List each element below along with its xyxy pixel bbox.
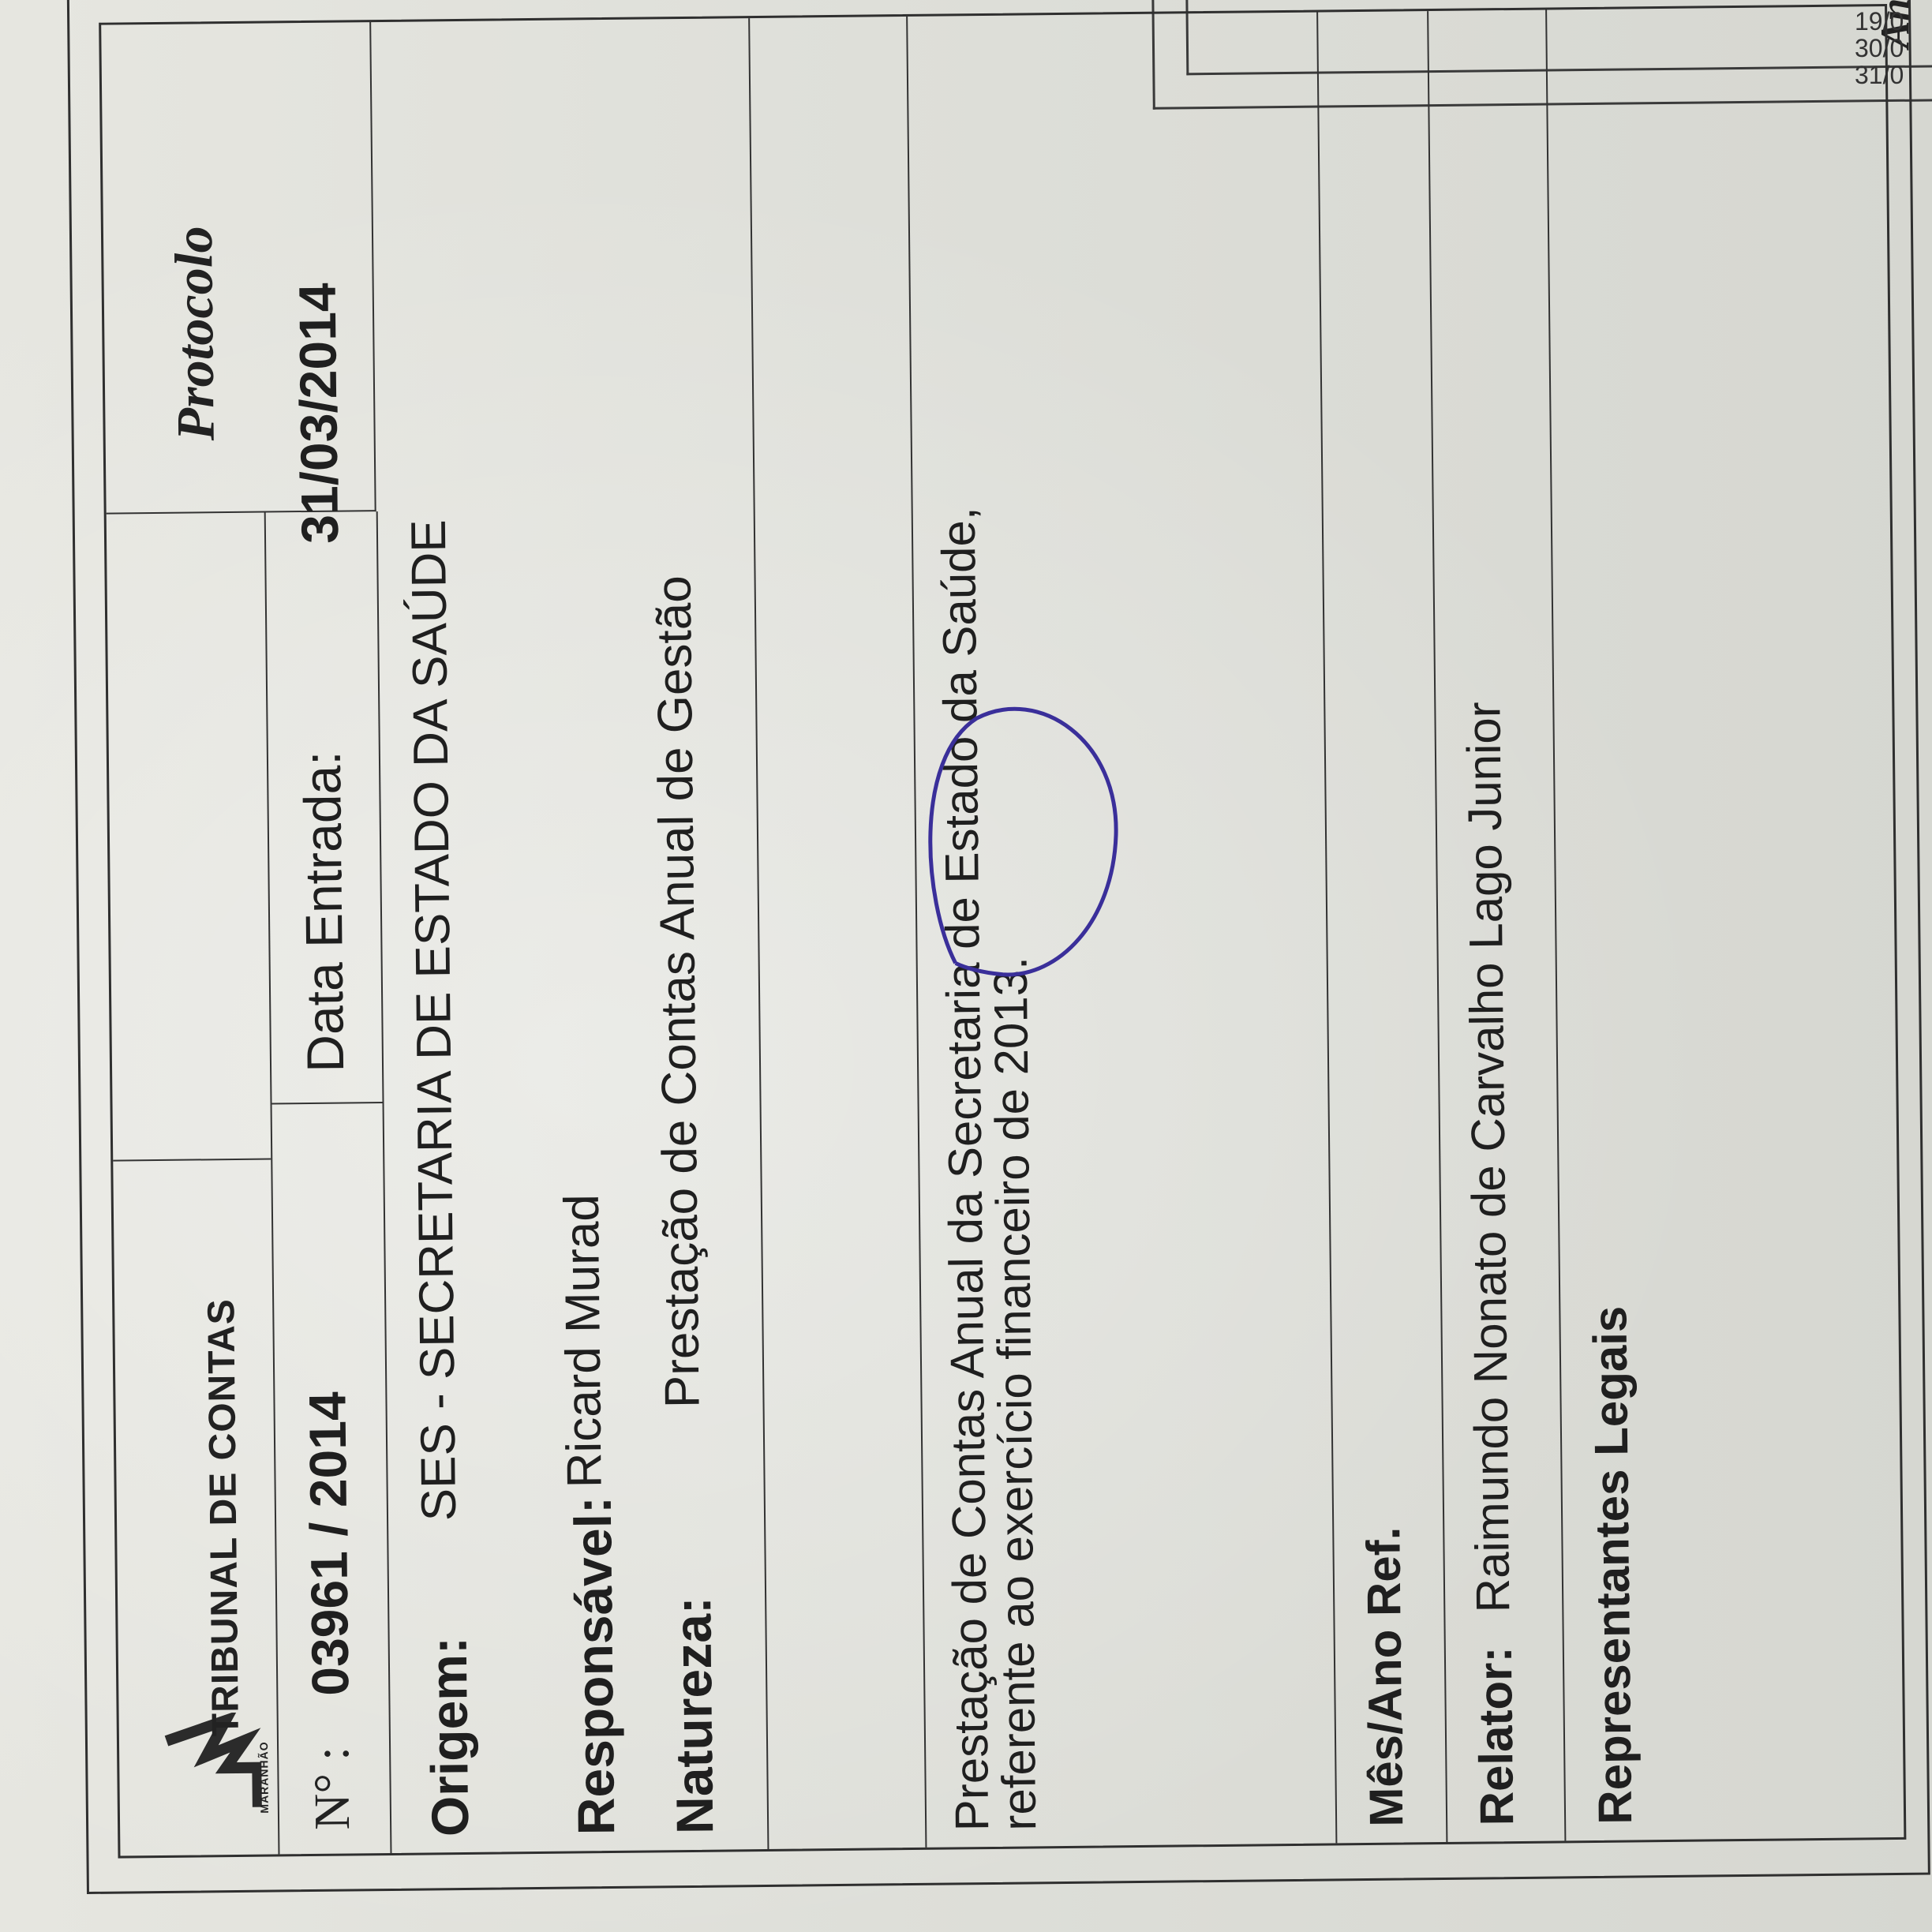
field-responsavel: Responsável: Ricard Murad — [547, 36, 566, 1836]
data-entrada-value: 31/03/2014 — [287, 283, 350, 544]
field-natureza: Natureza: Prestação de Contas Anual de G… — [646, 35, 665, 1834]
natureza-label: Natureza: — [662, 1597, 724, 1835]
protocol-form: MARANHÃO TRIBUNAL DE CONTAS Protocolo N°… — [67, 13, 1932, 1894]
representantes-row: Representantes Legais — [1545, 8, 1722, 1840]
fields-section: Origem: SES - SECRETARIA DE ESTADO DA SA… — [369, 18, 769, 1853]
logo-box: MARANHÃO TRIBUNAL DE CONTAS — [113, 1159, 278, 1856]
relator-value: Raimundo Nonato de Carvalho Lago Junior — [1456, 702, 1520, 1613]
number-date-row: N° : 03961 / 2014 Data Entrada: 31/03/20… — [264, 511, 392, 1854]
handwritten-circle-annotation — [921, 693, 1129, 995]
origem-value: SES - SECRETARIA DE ESTADO DA SAÚDE — [405, 400, 462, 1522]
description-text: Prestação de Contas Anual da Secretaria … — [934, 489, 1043, 1831]
origem-label: Origem: — [418, 1637, 481, 1837]
protocolo-title: Protocolo — [163, 226, 227, 441]
numero-value: 03961 / 2014 — [297, 1391, 360, 1696]
blank-row — [748, 17, 927, 1849]
mes-ano-ref-label: Mês/Ano Ref. — [1356, 1526, 1413, 1827]
data-entrada-label: Data Entrada: — [292, 751, 355, 1073]
form-header: MARANHÃO TRIBUNAL DE CONTAS Protocolo — [101, 24, 278, 1856]
inner-frame: MARANHÃO TRIBUNAL DE CONTAS Protocolo N°… — [99, 4, 1906, 1859]
natureza-value: Prestação de Contas Anual de Gestão — [646, 66, 706, 1409]
number-date-divider — [272, 1102, 383, 1104]
field-origem: Origem: SES - SECRETARIA DE ESTADO DA SA… — [401, 38, 420, 1837]
logo-state-text: MARANHÃO — [257, 1741, 271, 1813]
description-section: Prestação de Contas Anual da Secretaria … — [906, 13, 1337, 1848]
mes-ano-ref-row: Mês/Ano Ref. — [1316, 11, 1447, 1843]
responsavel-value: Ricard Murad — [549, 146, 608, 1488]
logo-text: TRIBUNAL DE CONTAS — [200, 1298, 248, 1736]
numero-label: N° : — [302, 1747, 361, 1830]
representantes-label: Representantes Legais — [1582, 1305, 1642, 1825]
relator-label: Relator: — [1468, 1646, 1524, 1825]
relator-row: Relator: Raimundo Nonato de Carvalho Lag… — [1427, 9, 1566, 1841]
responsavel-label: Responsável: — [563, 1496, 626, 1836]
